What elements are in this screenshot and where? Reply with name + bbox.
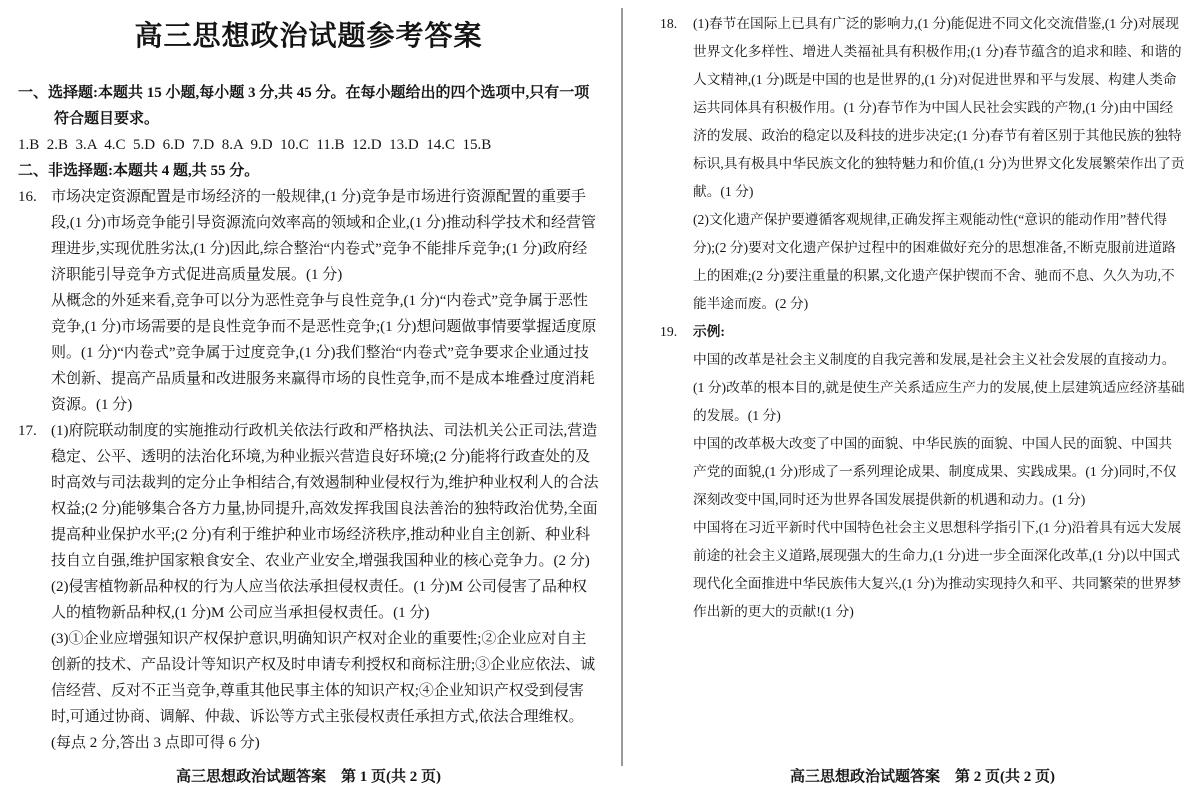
question-17-number: 17. [18,418,37,444]
question-17-block: 17. (1)府院联动制度的实施推动行政机关依法行政和严格执法、司法机关公正司法… [18,418,599,756]
page-1-footer: 高三思想政治试题答案 第 1 页(共 2 页) [18,766,599,788]
page-2-footer: 高三思想政治试题答案 第 2 页(共 2 页) [660,766,1185,788]
answer-paragraph: (1)府院联动制度的实施推动行政机关依法行政和严格执法、司法机关公正司法,营造稳… [51,418,599,574]
answer-paragraph: (2)文化遗产保护要遵循客观规律,正确发挥主观能动性(“意识的能动作用”替代得分… [693,206,1185,318]
question-18-block: 18. (1)春节在国际上已具有广泛的影响力,(1 分)能促进不同文化交流借鉴,… [660,10,1185,318]
answer-paragraph: 市场决定资源配置是市场经济的一般规律,(1 分)竞争是市场进行资源配置的重要手段… [51,184,599,288]
example-label-line: 示例: [693,318,1185,346]
question-19-number: 19. [660,318,677,346]
page-title: 高三思想政治试题参考答案 [18,20,599,54]
answer-paragraph: (1)春节在国际上已具有广泛的影响力,(1 分)能促进不同文化交流借鉴,(1 分… [693,10,1185,206]
answer-page-2: 18. (1)春节在国际上已具有广泛的影响力,(1 分)能促进不同文化交流借鉴,… [660,10,1185,626]
answer-paragraph: 从概念的外延来看,竞争可以分为恶性竞争与良性竞争,(1 分)“内卷式”竞争属于恶… [51,288,599,418]
answer-page-1: 高三思想政治试题参考答案 一、选择题:本题共 15 小题,每小题 3 分,共 4… [18,14,599,756]
example-label: 示例: [693,324,725,339]
question-16-number: 16. [18,184,37,210]
answer-paragraph: 中国的改革是社会主义制度的自我完善和发展,是社会主义社会发展的直接动力。(1 分… [693,346,1185,430]
answer-paragraph: (2)侵害植物新品种权的行为人应当依法承担侵权责任。(1 分)M 公司侵害了品种… [51,574,599,626]
essay-section-header: 二、非选择题:本题共 4 题,共 55 分。 [18,158,599,184]
choice-section-header: 一、选择题:本题共 15 小题,每小题 3 分,共 45 分。在每小题给出的四个… [18,80,599,132]
answer-paragraph: (3)①企业应增强知识产权保护意识,明确知识产权对企业的重要性;②企业应对自主创… [51,626,599,756]
choice-answers-row: 1.B 2.B 3.A 4.C 5.D 6.D 7.D 8.A 9.D 10.C… [18,132,599,158]
question-16-block: 16. 市场决定资源配置是市场经济的一般规律,(1 分)竞争是市场进行资源配置的… [18,184,599,418]
page-divider [621,8,623,766]
answer-paragraph: 中国的改革极大改变了中国的面貌、中华民族的面貌、中国人民的面貌、中国共产党的面貌… [693,430,1185,514]
answer-paragraph: 中国将在习近平新时代中国特色社会主义思想科学指引下,(1 分)沿着具有远大发展前… [693,514,1185,626]
question-19-block: 19. 示例: 中国的改革是社会主义制度的自我完善和发展,是社会主义社会发展的直… [660,318,1185,626]
question-18-number: 18. [660,10,677,38]
